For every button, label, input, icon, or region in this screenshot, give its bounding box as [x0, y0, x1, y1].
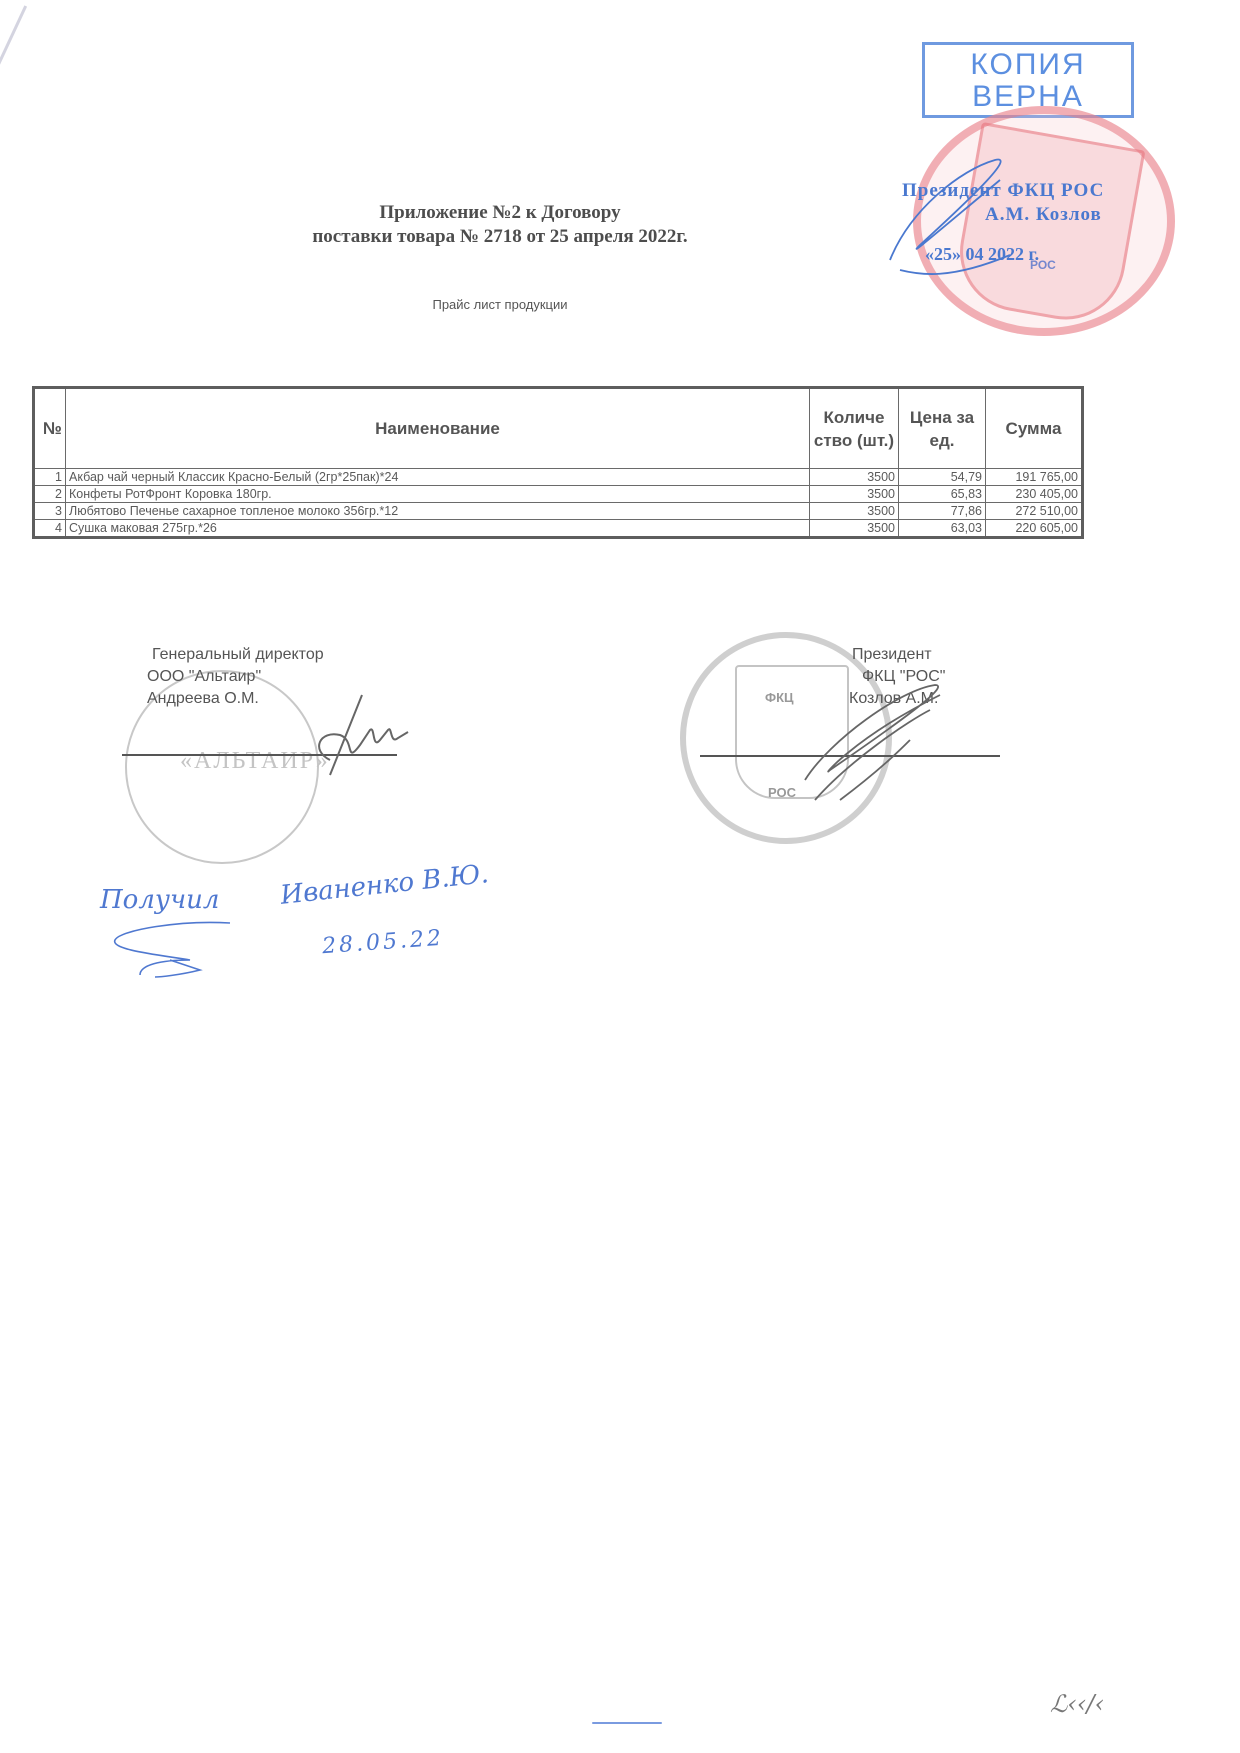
row-name: Любятово Печенье сахарное топленое молок… — [66, 503, 810, 520]
row-number: 2 — [34, 486, 66, 503]
certification-signature-scribble — [880, 150, 1030, 290]
row-sum: 220 605,00 — [986, 520, 1083, 538]
handwritten-received: Получил — [100, 885, 219, 915]
table-row: 3 Любятово Печенье сахарное топленое мол… — [34, 503, 1083, 520]
table-header-row: № Наименование Количе ство (шт.) Цена за… — [34, 388, 1083, 469]
left-position: Генеральный директор — [152, 644, 324, 666]
left-signature-scribble — [300, 690, 410, 780]
header-name: Наименование — [66, 388, 810, 469]
row-name: Конфеты РотФронт Коровка 180гр. — [66, 486, 810, 503]
pen-mark — [592, 1722, 662, 1724]
header-number: № — [34, 388, 66, 469]
red-seal-label: РОС — [1030, 258, 1056, 272]
row-quantity: 3500 — [810, 520, 899, 538]
row-sum: 230 405,00 — [986, 486, 1083, 503]
document-title-line2: поставки товара № 2718 от 25 апреля 2022… — [0, 226, 1000, 248]
row-sum: 191 765,00 — [986, 469, 1083, 486]
row-quantity: 3500 — [810, 503, 899, 520]
left-company: ООО "Альтаир" — [147, 666, 324, 688]
right-signature-scribble — [790, 670, 960, 810]
left-signature-block: Генеральный директор ООО "Альтаир" Андре… — [152, 644, 324, 710]
table-row: 4 Сушка маковая 275гр.*26 3500 63,03 220… — [34, 520, 1083, 538]
row-number: 4 — [34, 520, 66, 538]
row-price: 65,83 — [899, 486, 986, 503]
row-price: 54,79 — [899, 469, 986, 486]
row-sum: 272 510,00 — [986, 503, 1083, 520]
right-position: Президент — [852, 644, 945, 666]
row-name: Сушка маковая 275гр.*26 — [66, 520, 810, 538]
price-table: № Наименование Количе ство (шт.) Цена за… — [32, 386, 1084, 539]
row-number: 1 — [34, 469, 66, 486]
document-subtitle: Прайс лист продукции — [0, 297, 1000, 312]
header-quantity: Количе ство (шт.) — [810, 388, 899, 469]
scan-edge-artifact — [0, 0, 27, 124]
row-quantity: 3500 — [810, 469, 899, 486]
copy-stamp-line1: КОПИЯ — [925, 49, 1131, 81]
handwritten-underline-scribble — [100, 915, 340, 985]
row-name: Акбар чай черный Классик Красно-Белый (2… — [66, 469, 810, 486]
row-number: 3 — [34, 503, 66, 520]
table-row: 2 Конфеты РотФронт Коровка 180гр. 3500 6… — [34, 486, 1083, 503]
handwritten-name: Иваненко В.Ю. — [279, 859, 490, 911]
left-name: Андреева О.М. — [147, 688, 324, 710]
row-price: 63,03 — [899, 520, 986, 538]
page-initials: ℒ‹‹/‹ — [1050, 1690, 1104, 1718]
header-price: Цена за ед. — [899, 388, 986, 469]
header-sum: Сумма — [986, 388, 1083, 469]
document-title-line1: Приложение №2 к Договору — [0, 202, 1000, 224]
table-row: 1 Акбар чай черный Классик Красно-Белый … — [34, 469, 1083, 486]
row-quantity: 3500 — [810, 486, 899, 503]
row-price: 77,86 — [899, 503, 986, 520]
